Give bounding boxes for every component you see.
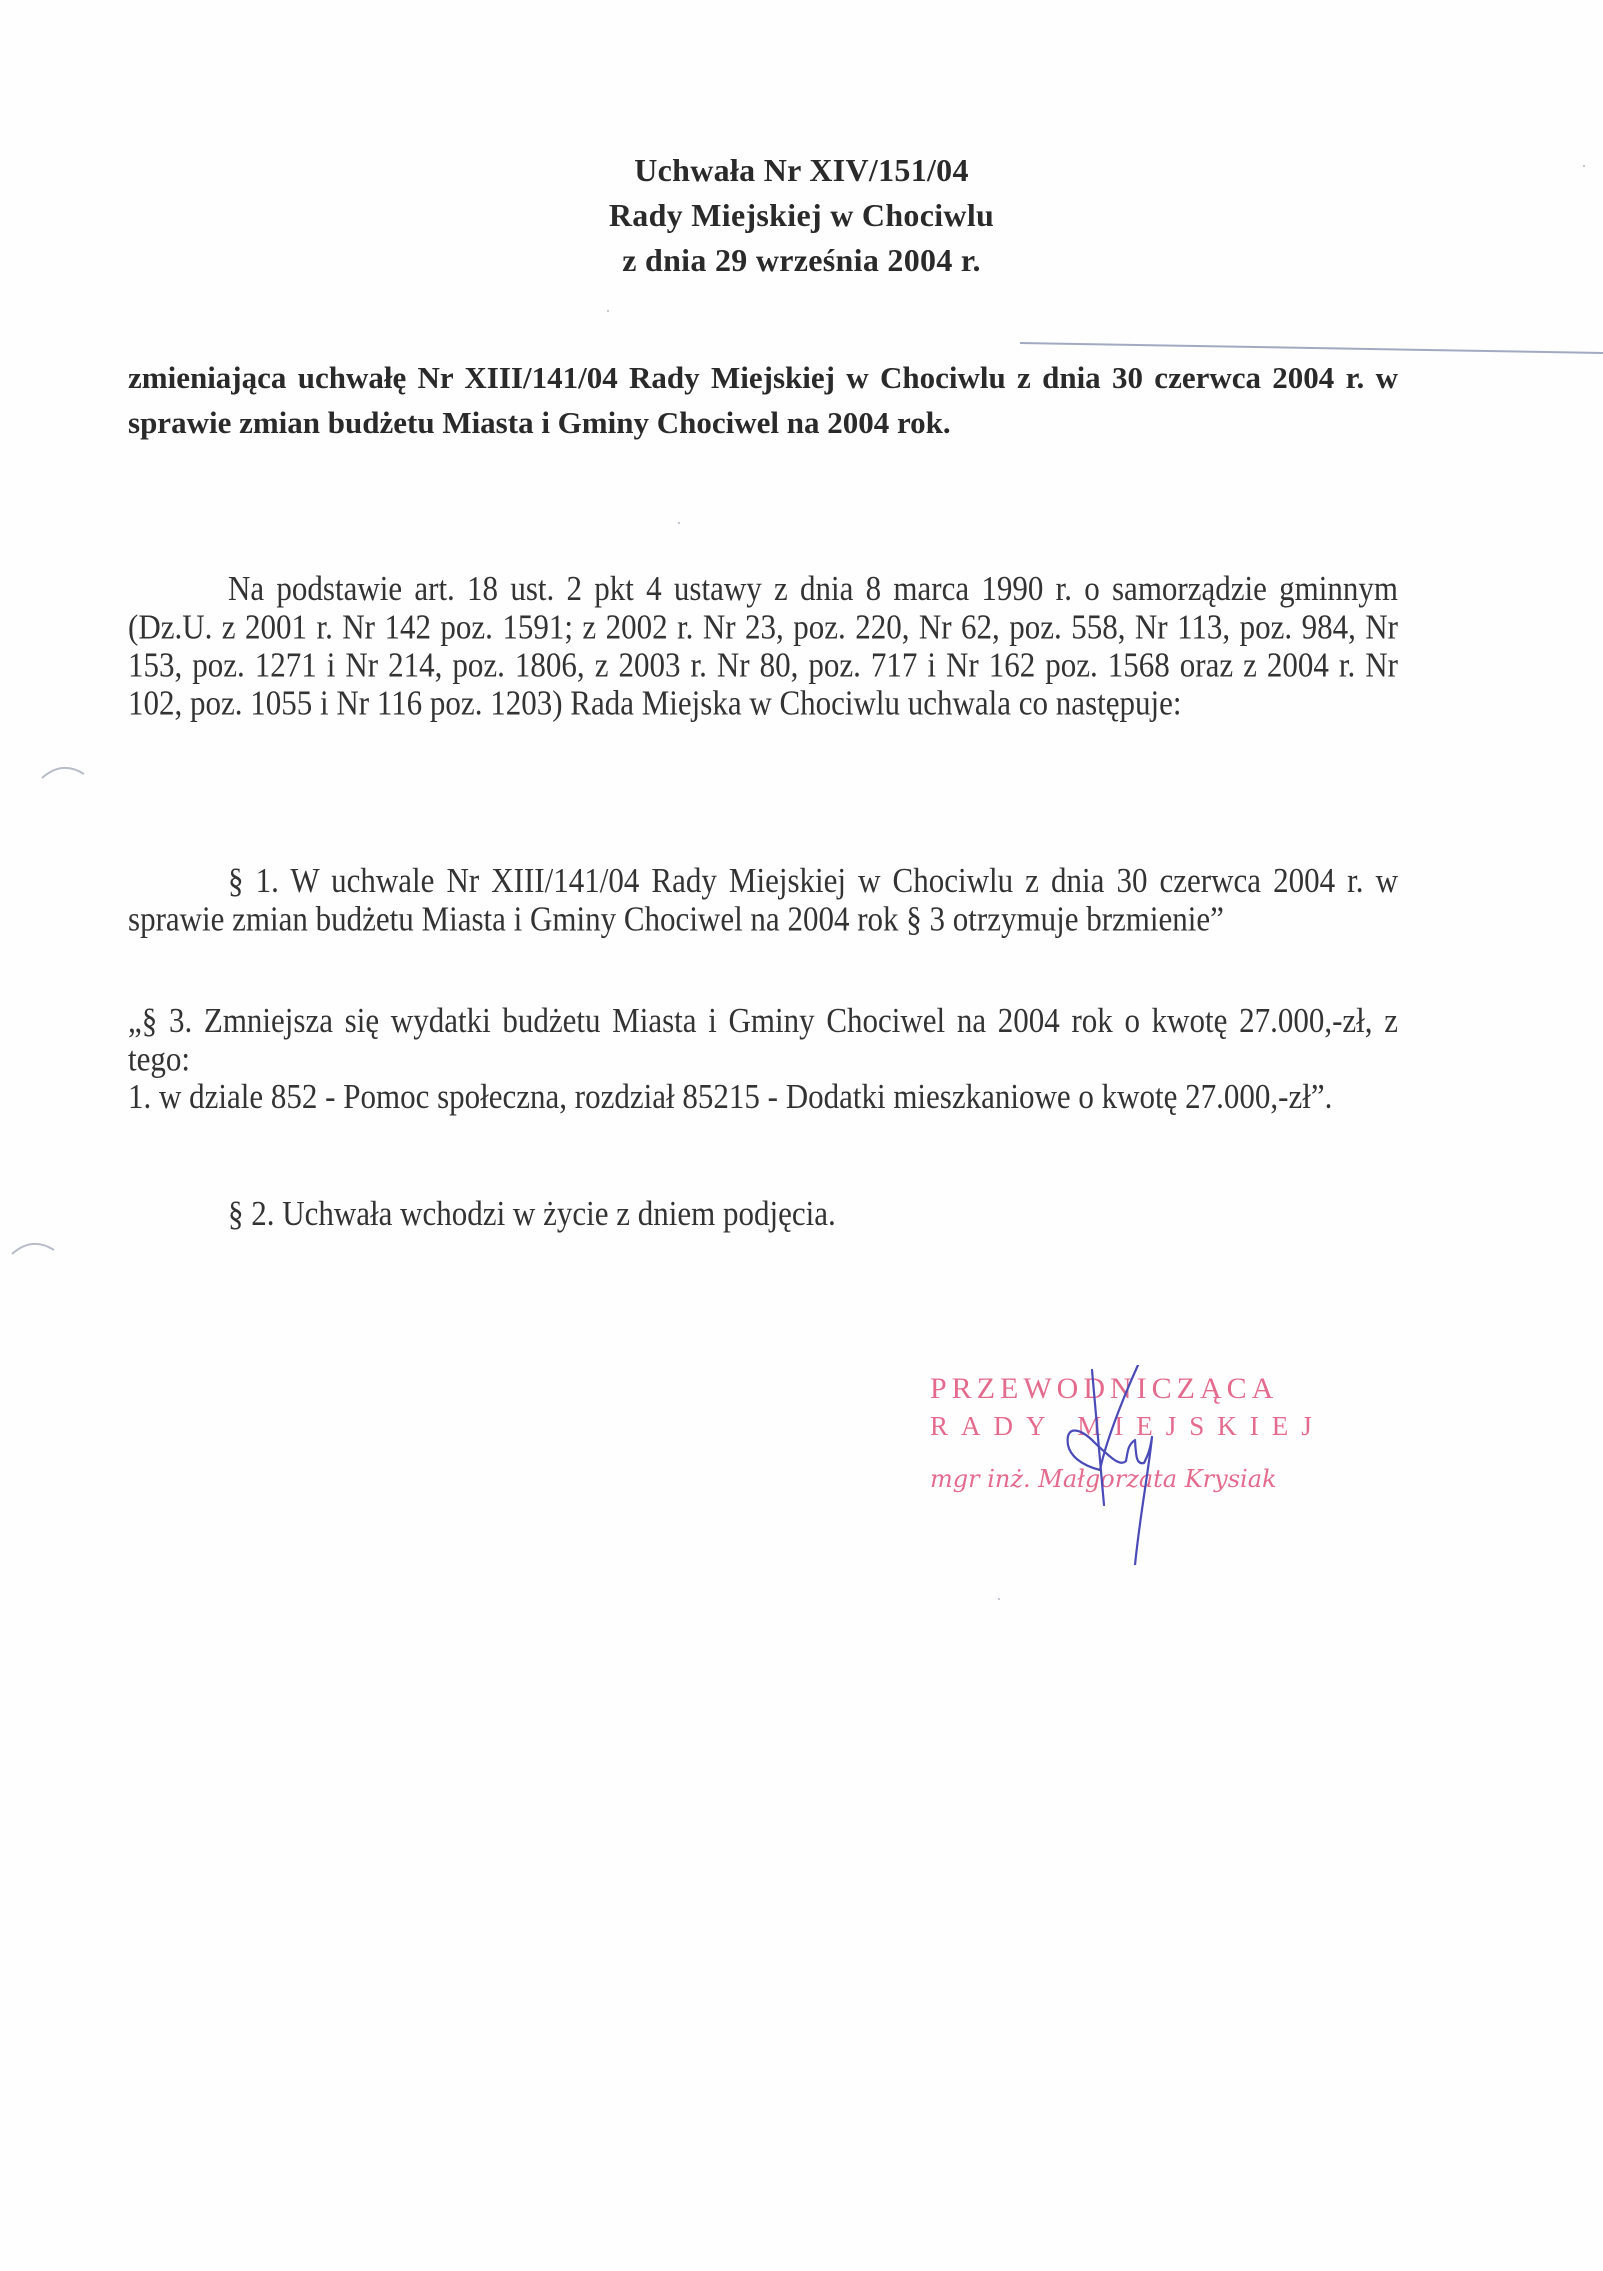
resolution-date: z dnia 29 września 2004 r. xyxy=(0,238,1603,283)
punch-hole-mark xyxy=(40,762,90,780)
punch-hole-mark xyxy=(10,1238,60,1256)
scan-speck xyxy=(998,1598,1000,1600)
section-2: § 2. Uchwała wchodzi w życie z dniem pod… xyxy=(228,1195,1398,1233)
scanned-page: Uchwała Nr XIV/151/04 Rady Miejskiej w C… xyxy=(0,0,1603,2271)
legal-basis-paragraph: Na podstawie art. 18 ust. 2 pkt 4 ustawy… xyxy=(128,570,1398,722)
scan-speck xyxy=(678,522,680,524)
council-name: Rady Miejskiej w Chociwlu xyxy=(0,193,1603,238)
handwritten-signature xyxy=(1040,1365,1200,1565)
resolution-number: Uchwała Nr XIV/151/04 xyxy=(0,148,1603,193)
section-1-intro: § 1. W uchwale Nr XIII/141/04 Rady Miejs… xyxy=(128,862,1398,938)
section-3-amended-text: „§ 3. Zmniejsza się wydatki budżetu Mias… xyxy=(128,1002,1398,1078)
resolution-subject: zmieniająca uchwałę Nr XIII/141/04 Rady … xyxy=(128,355,1398,445)
section-3-item-1: 1. w dziale 852 - Pomoc społeczna, rozdz… xyxy=(128,1078,1398,1116)
resolution-header: Uchwała Nr XIV/151/04 Rady Miejskiej w C… xyxy=(0,148,1603,283)
scan-speck xyxy=(607,310,609,312)
